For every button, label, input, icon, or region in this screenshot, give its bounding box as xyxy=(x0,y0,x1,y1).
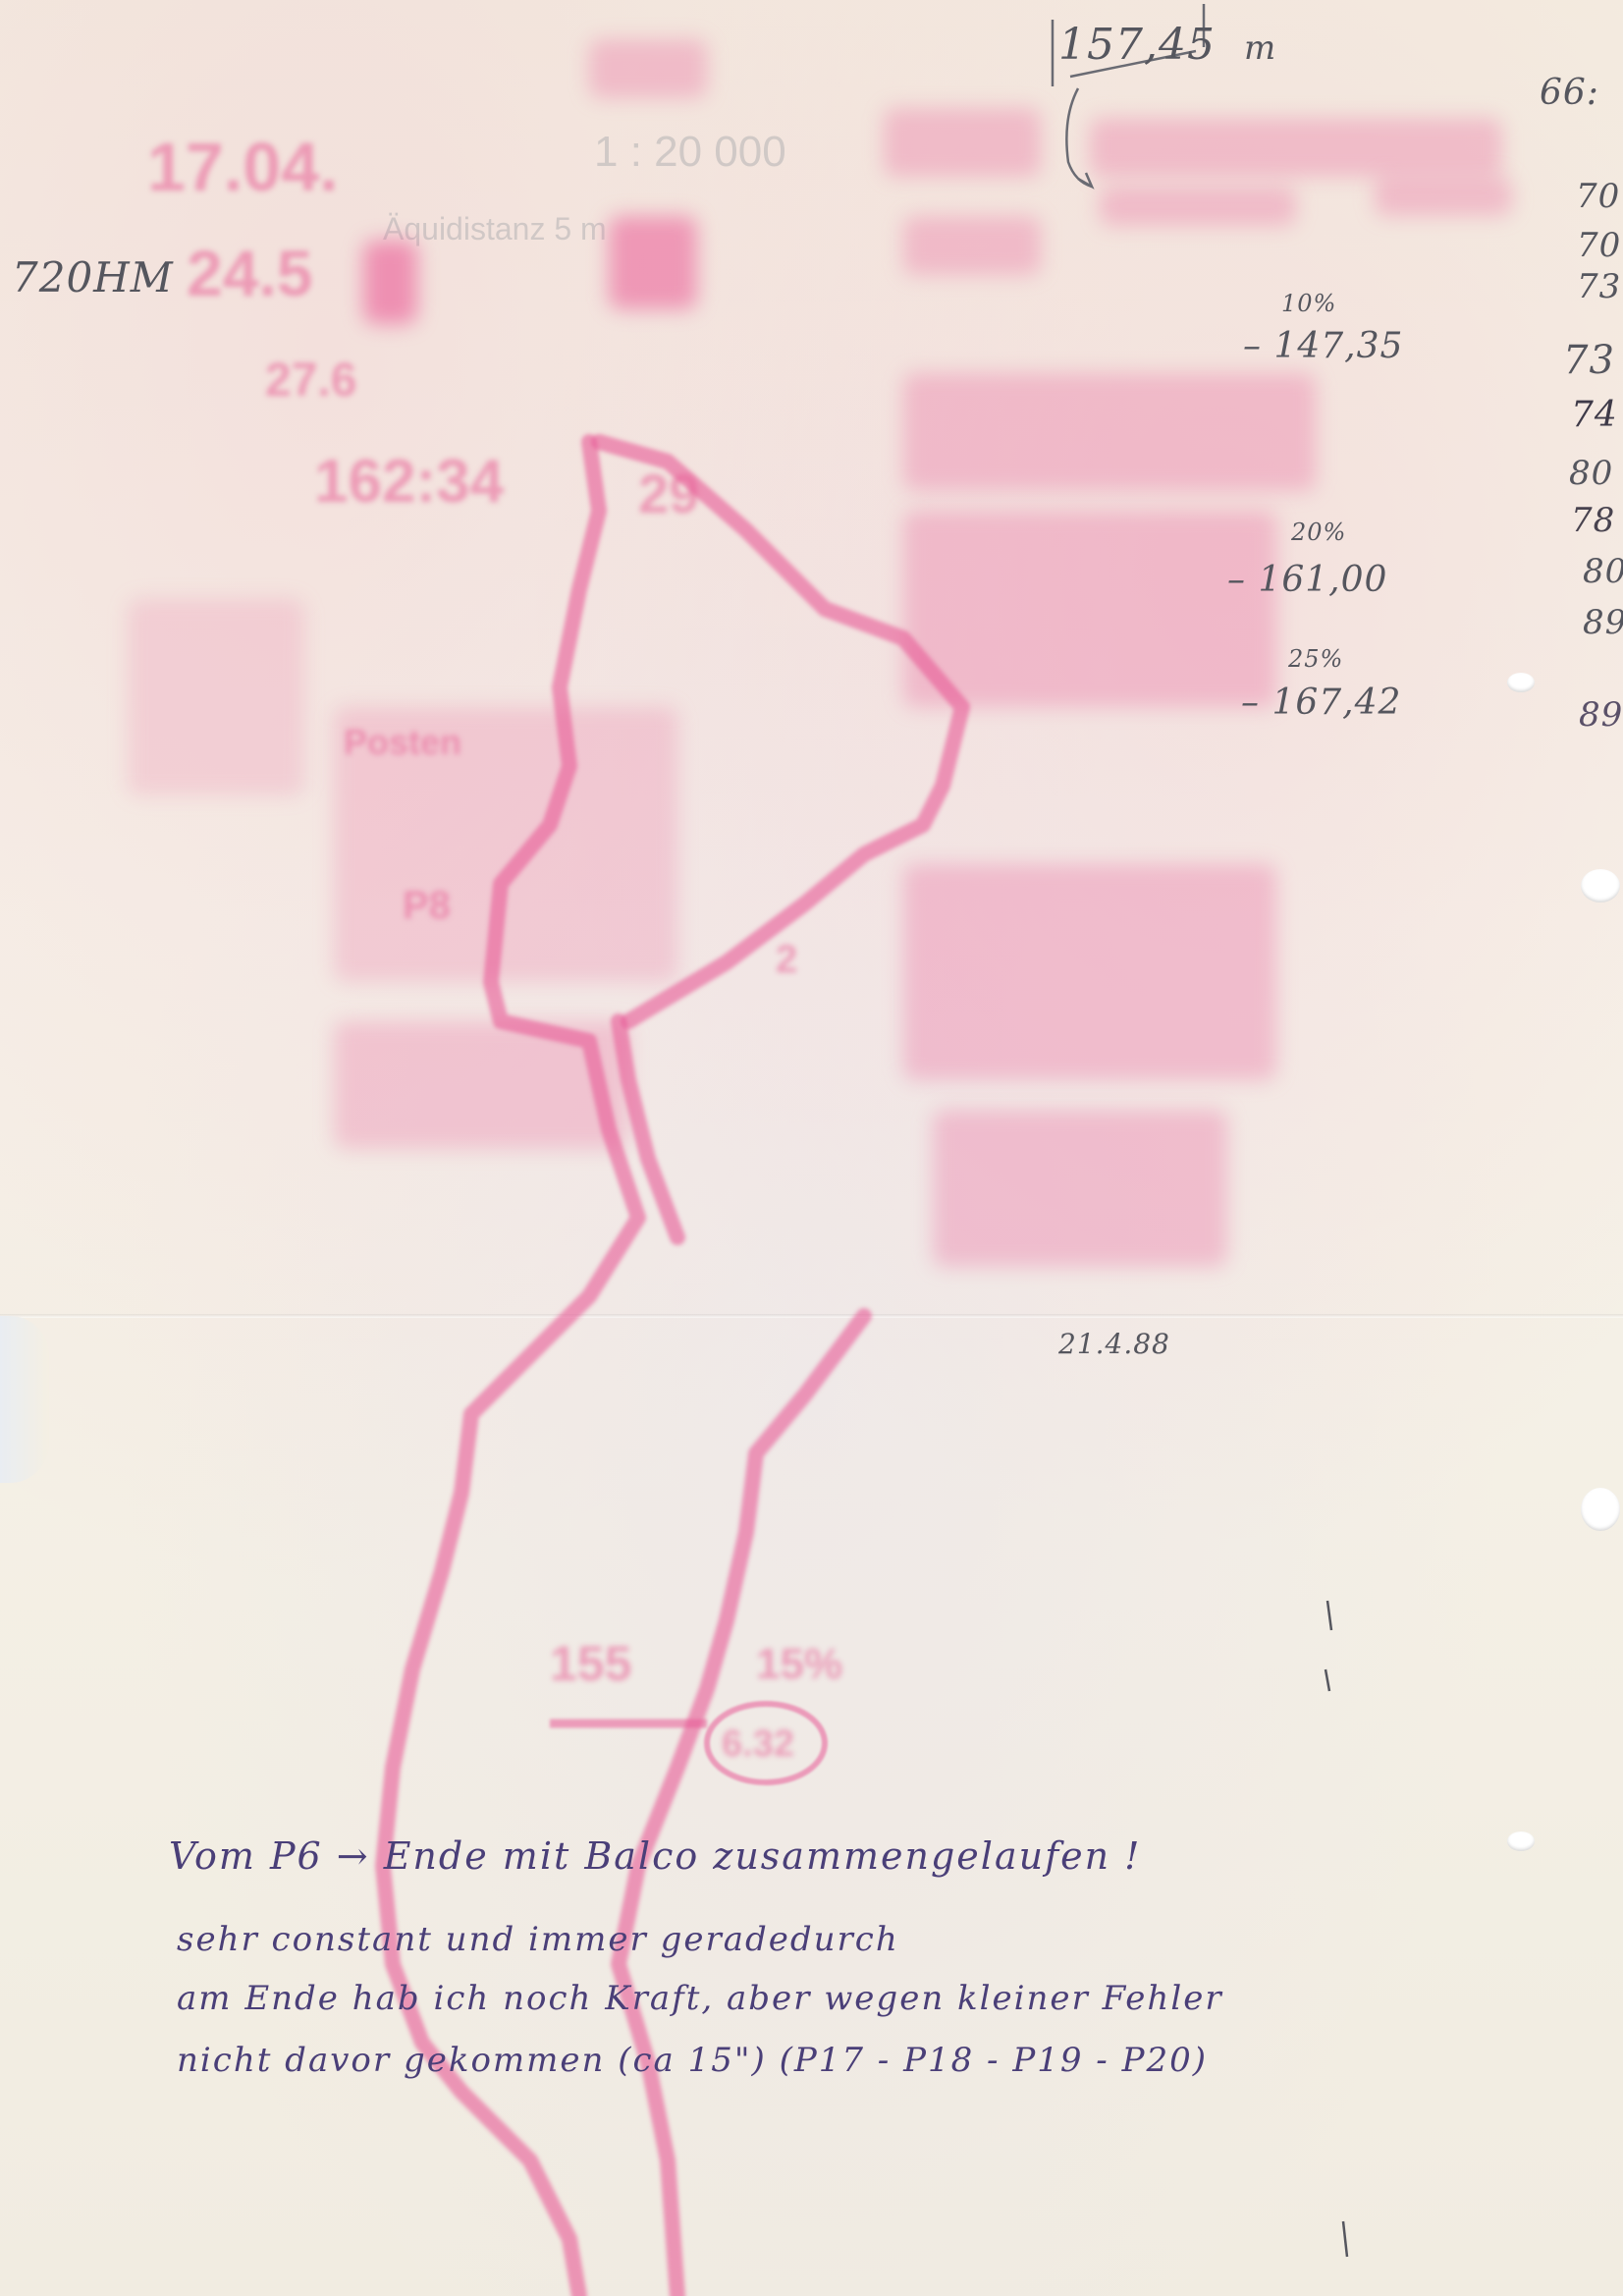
annotation-percent: 10% xyxy=(1281,290,1336,317)
margin-number: 89 xyxy=(1579,695,1623,735)
ink-note-line: sehr constant und immer geradedurch xyxy=(177,1920,899,1959)
margin-number: 80 xyxy=(1583,552,1623,591)
annotation-percent: 20% xyxy=(1291,519,1346,546)
margin-number: 66: xyxy=(1540,73,1599,113)
margin-number: 70 xyxy=(1576,177,1620,216)
note-date: 21.4.88 xyxy=(1058,1328,1170,1360)
annotation-value: – 147,35 xyxy=(1243,326,1403,366)
margin-number: 70 xyxy=(1577,226,1621,265)
margin-number: 80 xyxy=(1569,454,1613,493)
elevation-gain: 720HM xyxy=(12,253,174,301)
annotation-value-text: 147,35 xyxy=(1273,326,1403,366)
top-distance-value: 157,45 xyxy=(1058,20,1216,70)
margin-number: 73 xyxy=(1577,267,1621,306)
margin-number: 73 xyxy=(1563,338,1615,383)
ink-note-line: Vom P6 → Ende mit Balco zusammengelaufen… xyxy=(169,1834,1141,1878)
margin-number: 74 xyxy=(1571,395,1618,435)
margin-number: 89 xyxy=(1583,603,1623,642)
ink-note-line: nicht davor gekommen (ca 15") (P17 - P18… xyxy=(177,2041,1208,2080)
margin-number: 78 xyxy=(1571,501,1615,540)
top-distance-unit: m xyxy=(1244,28,1276,68)
annotation-value-text: 167,42 xyxy=(1271,683,1401,723)
annotation-percent: 25% xyxy=(1288,645,1343,673)
annotation-value-text: 161,00 xyxy=(1258,560,1387,600)
ink-note-line: am Ende hab ich noch Kraft, aber wegen k… xyxy=(177,1979,1223,2018)
top-distance: 157,45 m xyxy=(1058,20,1276,70)
annotation-value: – 167,42 xyxy=(1241,683,1401,723)
annotation-value: – 161,00 xyxy=(1227,560,1387,600)
